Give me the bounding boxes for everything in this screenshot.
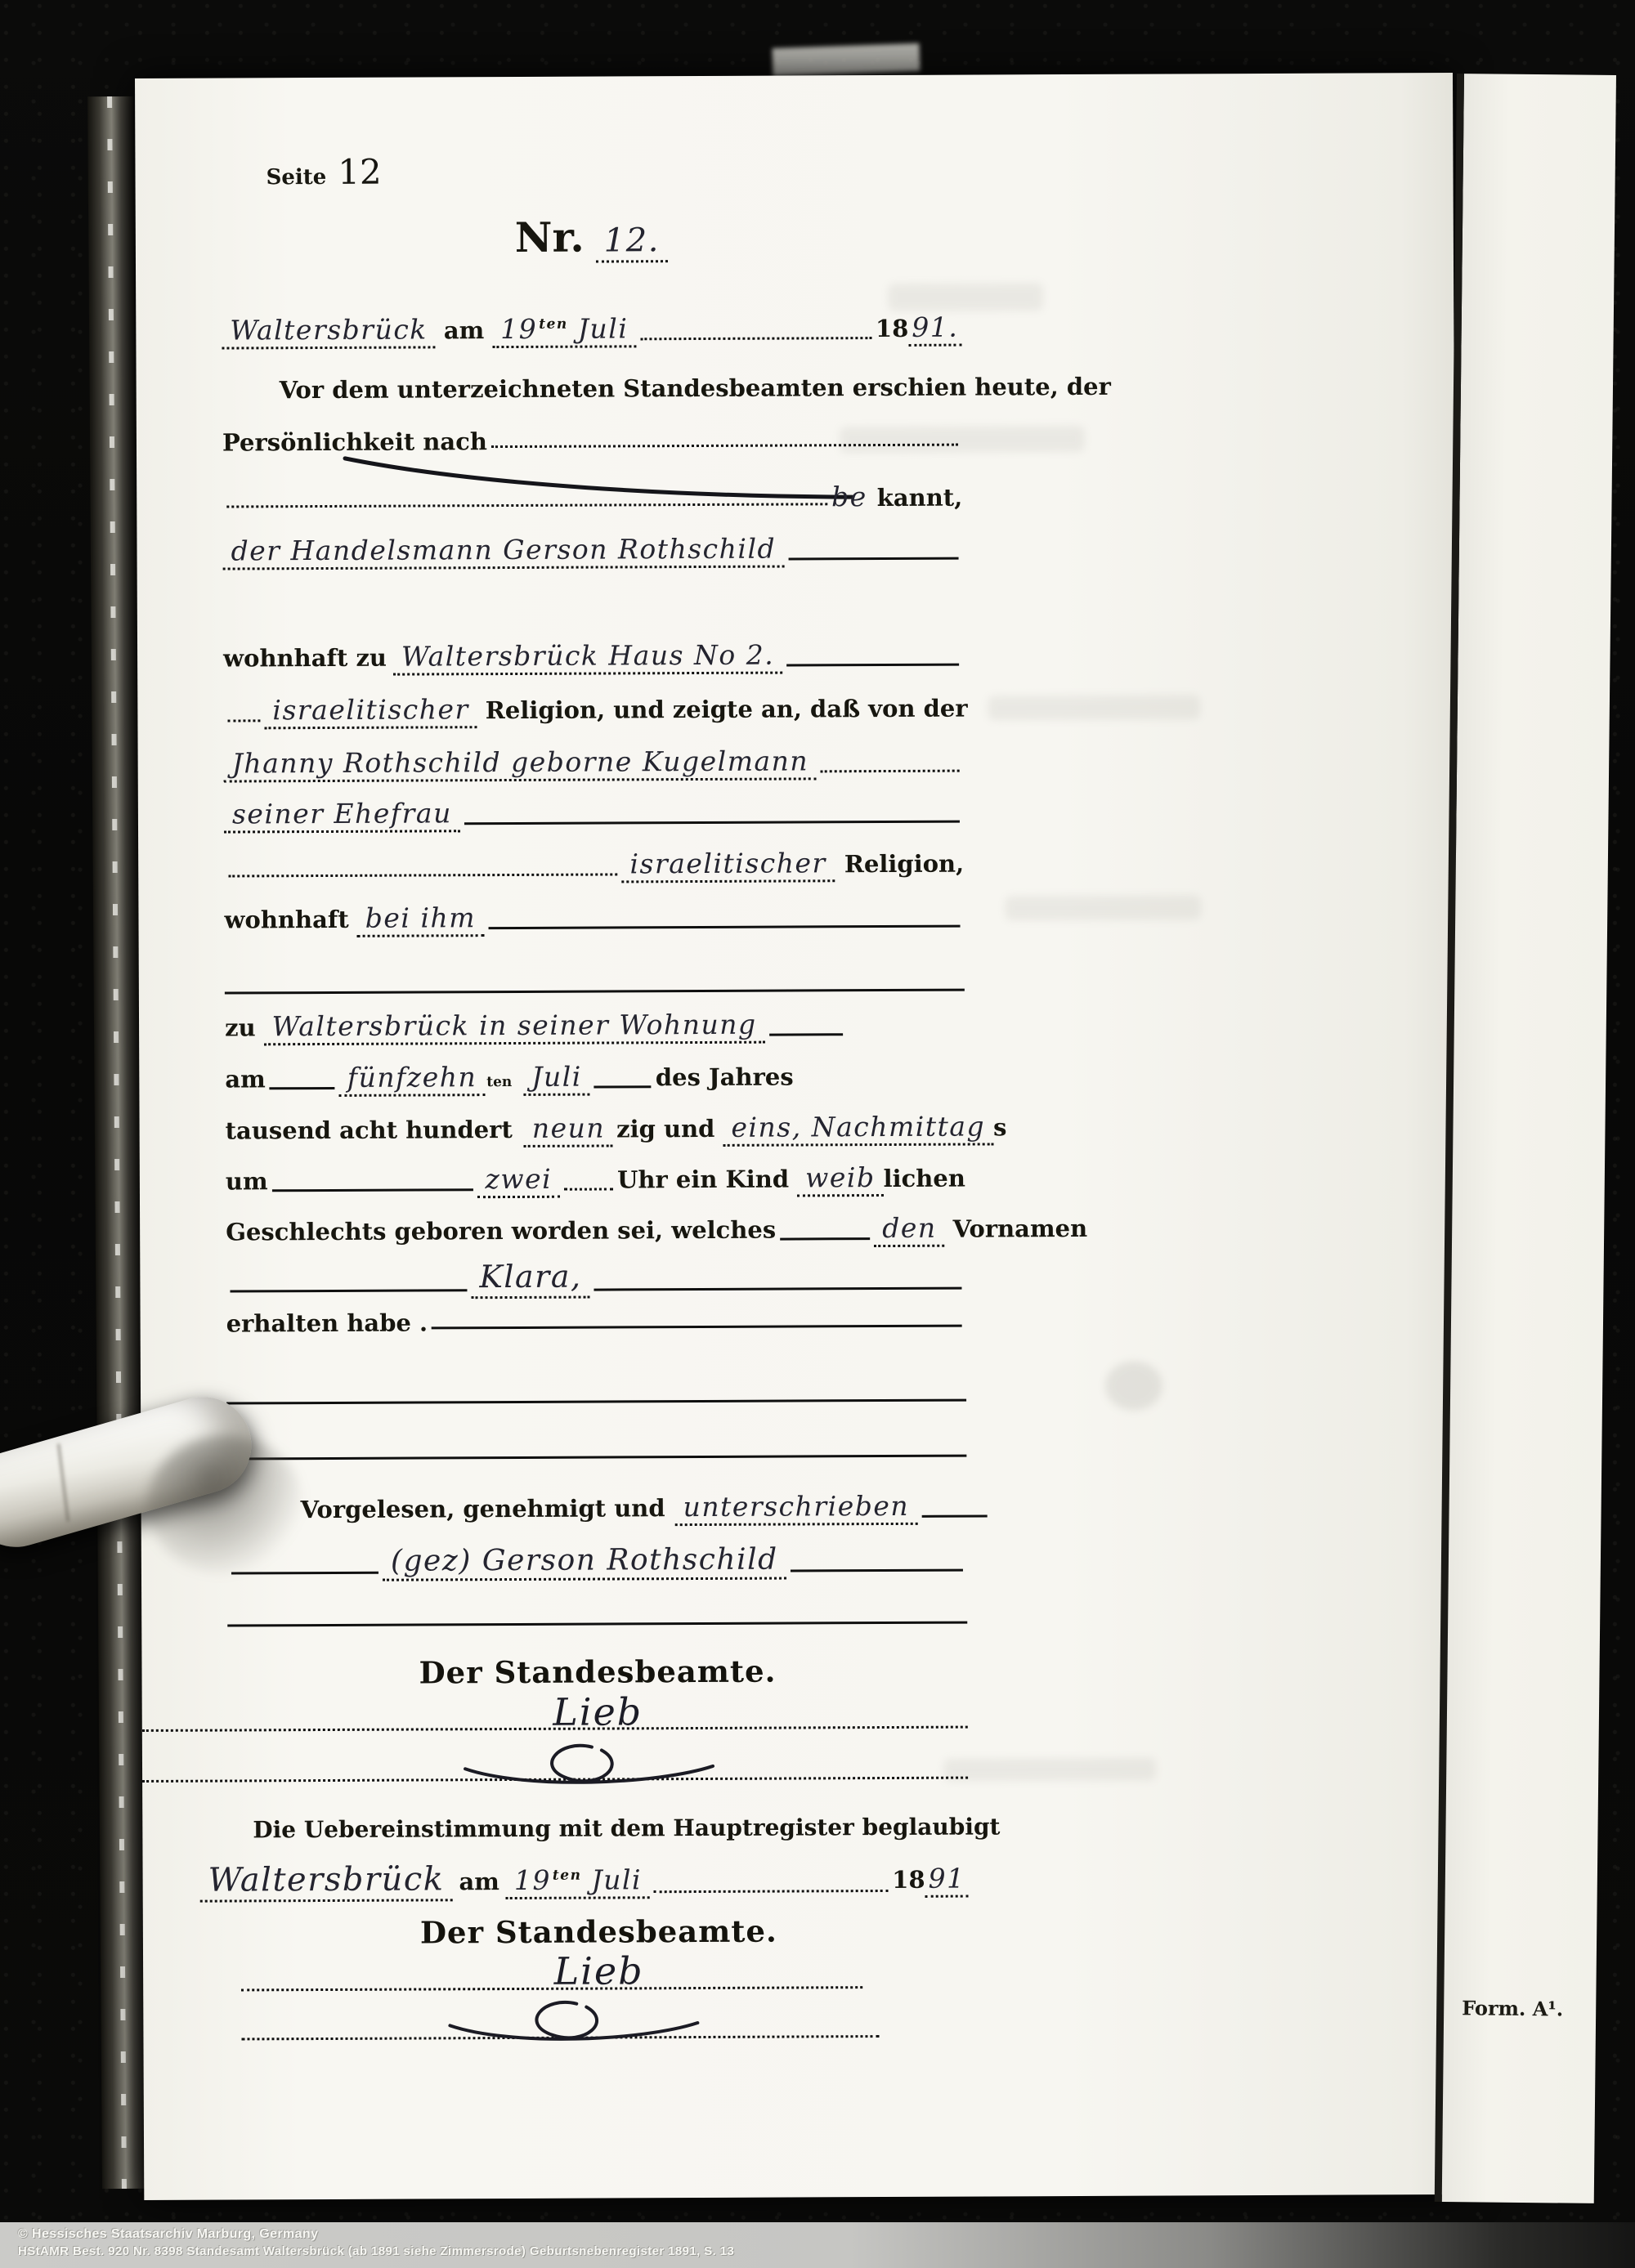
printed-text: Vorgelesen, genehmigt und bbox=[301, 1495, 665, 1523]
dateline-am-label: am bbox=[444, 317, 485, 345]
watermark-copyright: © Hessisches Staatsarchiv Marburg, Germa… bbox=[18, 2227, 318, 2242]
printed-text: wohnhaft zu bbox=[223, 645, 387, 673]
rule-filler bbox=[594, 1286, 962, 1291]
article-handwritten: den bbox=[874, 1213, 945, 1247]
birthdate-line: am fünfzehn ten Juli des Jahres bbox=[225, 1060, 965, 1098]
residence-line: wohnhaft zu Waltersbrück Haus No 2. bbox=[223, 639, 963, 677]
printed-text: Geschlechts geboren worden sei, welches bbox=[226, 1217, 776, 1246]
blank-rule bbox=[225, 989, 965, 995]
residence-line-2: wohnhaft bei ihm bbox=[224, 901, 964, 938]
declarant-signature-handwritten: (gez) Gerson Rothschild bbox=[383, 1543, 786, 1582]
dotted-filler bbox=[226, 503, 827, 508]
religion-line-2: israelitischer Religion, bbox=[224, 848, 964, 885]
child-name-handwritten: Klara, bbox=[471, 1259, 589, 1299]
dateline-day-handwritten: 19ten Juli bbox=[492, 313, 636, 348]
printed-text: um bbox=[226, 1168, 268, 1196]
record-number-value: 12. bbox=[596, 221, 668, 262]
form-type-label: Form. A¹. bbox=[1462, 1996, 1563, 2020]
mother-name-line: Jhanny Rothschild geborne Kugelmann bbox=[224, 745, 964, 783]
record-number-label: Nr. bbox=[515, 214, 585, 262]
printed-text: des Jahres bbox=[656, 1063, 794, 1091]
printed-text: Uhr ein Kind bbox=[617, 1166, 789, 1194]
bleed-through-artifact bbox=[888, 283, 1043, 311]
erhalten-line: erhalten habe . bbox=[226, 1308, 966, 1338]
printed-text: Religion, bbox=[844, 851, 965, 879]
dotted-filler bbox=[491, 444, 958, 448]
registrar-signature-1: Lieb bbox=[228, 1689, 968, 1736]
birthyear-line: tausend acht hundert neun zig und eins, … bbox=[226, 1112, 965, 1149]
printed-text: kannt, bbox=[877, 485, 963, 512]
ordinal-suffix: ten bbox=[486, 1075, 512, 1091]
unterschrieben-handwritten: unterschrieben bbox=[675, 1491, 918, 1526]
blank-rule bbox=[226, 1399, 966, 1405]
year-tens-handwritten: neun bbox=[524, 1112, 613, 1147]
cert-year-printed: 18 bbox=[892, 1867, 925, 1894]
registrar-heading-1: Der Standesbeamte. bbox=[227, 1653, 967, 1692]
handwritten-insert: be bbox=[831, 481, 867, 512]
rule-filler bbox=[780, 1237, 870, 1240]
watermark-reference: HStAMR Best. 920 Nr. 8398 Standesamt Wal… bbox=[18, 2244, 734, 2258]
printed-text: Vor dem unterzeichneten Standesbeamten e… bbox=[280, 374, 1111, 405]
bleed-through-artifact bbox=[1005, 895, 1201, 920]
gez-line: (gez) Gerson Rothschild bbox=[227, 1542, 967, 1582]
facing-page: Form. A¹. bbox=[1435, 74, 1616, 2203]
rule-filler bbox=[272, 1188, 473, 1192]
dotted-filler bbox=[640, 337, 871, 340]
printed-text: tausend acht hundert bbox=[226, 1116, 513, 1145]
rule-filler bbox=[594, 1085, 652, 1088]
spouse-line: seiner Ehefrau bbox=[224, 796, 964, 834]
cert-place-handwritten: Waltersbrück bbox=[200, 1860, 453, 1902]
rule-filler bbox=[231, 1572, 379, 1575]
bleed-through-artifact bbox=[943, 1758, 1156, 1782]
cert-am-label: am bbox=[459, 1868, 499, 1896]
religion-line-1: israelitischer Religion, und zeigte an, … bbox=[223, 692, 963, 730]
rule-filler bbox=[921, 1514, 987, 1517]
signature-flourish-icon bbox=[453, 1742, 723, 1800]
child-name-line: Klara, bbox=[226, 1258, 965, 1300]
page-top-sliver bbox=[772, 43, 920, 76]
archive-scan: Seite 12 Nr. 12. Waltersbrück am 19ten J… bbox=[0, 0, 1635, 2268]
year-printed-prefix: 18 bbox=[876, 315, 909, 343]
mother-name-handwritten: Jhanny Rothschild geborne Kugelmann bbox=[224, 745, 817, 782]
rule-filler bbox=[488, 925, 960, 930]
blank-rule bbox=[227, 1622, 967, 1627]
religion-handwritten: israelitischer bbox=[621, 848, 835, 883]
watermark-band: © Hessisches Staatsarchiv Marburg, Germa… bbox=[0, 2222, 1635, 2268]
signature-flourish-icon bbox=[437, 1998, 707, 2056]
rule-filler bbox=[791, 1569, 963, 1572]
certification-dateline: Waltersbrück am 19ten Juli 18 91 bbox=[200, 1859, 969, 1903]
bleed-through-artifact bbox=[988, 695, 1200, 720]
time-handwritten: zwei bbox=[477, 1164, 560, 1198]
dotted-filler bbox=[821, 770, 960, 773]
declarant-name-handwritten: der Handelsmann Gerson Rothschild bbox=[222, 534, 784, 570]
dotted-filler bbox=[228, 873, 617, 877]
form-line-3: be kannt, bbox=[222, 481, 962, 516]
printed-text: zig und bbox=[616, 1116, 714, 1143]
printed-text: wohnhaft bbox=[224, 906, 348, 934]
dotted-filler bbox=[564, 1188, 613, 1190]
sex-handwritten: weib bbox=[797, 1162, 884, 1197]
page-label: Seite bbox=[266, 166, 326, 190]
bleed-through-artifact bbox=[1105, 1362, 1162, 1411]
printed-text: zu bbox=[225, 1014, 256, 1042]
registrar-signature-2: Lieb bbox=[229, 1948, 969, 1995]
birth-day-handwritten: fünfzehn bbox=[339, 1062, 486, 1097]
rule-filler bbox=[769, 1033, 843, 1036]
printed-text: Vornamen bbox=[953, 1215, 1088, 1243]
form-line-1: Vor dem unterzeichneten Standesbeamten e… bbox=[280, 374, 1111, 405]
rule-filler bbox=[270, 1087, 335, 1089]
printed-text: erhalten habe . bbox=[226, 1309, 428, 1337]
dotted-filler bbox=[227, 719, 260, 722]
birthplace-line: zu Waltersbrück in seiner Wohnung bbox=[225, 1009, 965, 1046]
cert-year-handwritten: 91 bbox=[925, 1863, 969, 1898]
rule-filler bbox=[464, 821, 960, 825]
year-handwritten: 91. bbox=[908, 312, 961, 347]
printed-text: s bbox=[993, 1114, 1006, 1141]
birthtime-line: um zwei Uhr ein Kind weib lichen bbox=[226, 1162, 965, 1200]
residence-handwritten-2: bei ihm bbox=[357, 902, 484, 937]
dateline: Waltersbrück am 19ten Juli 18 91. bbox=[222, 312, 961, 350]
blank-rule bbox=[226, 1455, 966, 1461]
record-number: Nr. 12. bbox=[222, 212, 961, 265]
vorgelesen-line: Vorgelesen, genehmigt und unterschrieben bbox=[301, 1491, 967, 1528]
printed-text: am bbox=[225, 1066, 266, 1094]
rule-filler bbox=[788, 557, 958, 561]
registrar-heading-2: Der Standesbeamte. bbox=[229, 1912, 969, 1952]
dotted-filler bbox=[654, 1890, 888, 1893]
rule-filler bbox=[230, 1289, 467, 1292]
page-header: Seite 12 bbox=[266, 153, 381, 193]
rule-filler bbox=[432, 1325, 962, 1330]
dateline-place-handwritten: Waltersbrück bbox=[222, 314, 436, 349]
sex-line: Geschlechts geboren worden sei, welches … bbox=[226, 1213, 965, 1250]
residence-handwritten: Waltersbrück Haus No 2. bbox=[393, 640, 782, 676]
religion-handwritten: israelitischer bbox=[264, 694, 477, 729]
rule-filler bbox=[786, 664, 959, 667]
certification-line: Die Uebereinstimmung mit dem Hauptregist… bbox=[253, 1814, 1000, 1843]
year-ones-handwritten: eins, Nachmittag bbox=[723, 1111, 993, 1146]
birthplace-handwritten: Waltersbrück in seiner Wohnung bbox=[264, 1009, 765, 1046]
printed-text: Die Uebereinstimmung mit dem Hauptregist… bbox=[253, 1814, 1000, 1843]
spouse-handwritten: seiner Ehefrau bbox=[224, 798, 460, 833]
cert-day-handwritten: 19ten Juli bbox=[506, 1864, 650, 1899]
page-number: 12 bbox=[338, 153, 382, 193]
printed-text: Religion, und zeigte an, daß von der bbox=[486, 696, 968, 725]
birth-month-handwritten: Juli bbox=[523, 1062, 590, 1096]
declarant-line: der Handelsmann Gerson Rothschild bbox=[222, 533, 962, 570]
printed-text: lichen bbox=[883, 1165, 965, 1193]
page-holder-shadow bbox=[147, 1435, 302, 1574]
register-page: Seite 12 Nr. 12. Waltersbrück am 19ten J… bbox=[135, 73, 1462, 2200]
